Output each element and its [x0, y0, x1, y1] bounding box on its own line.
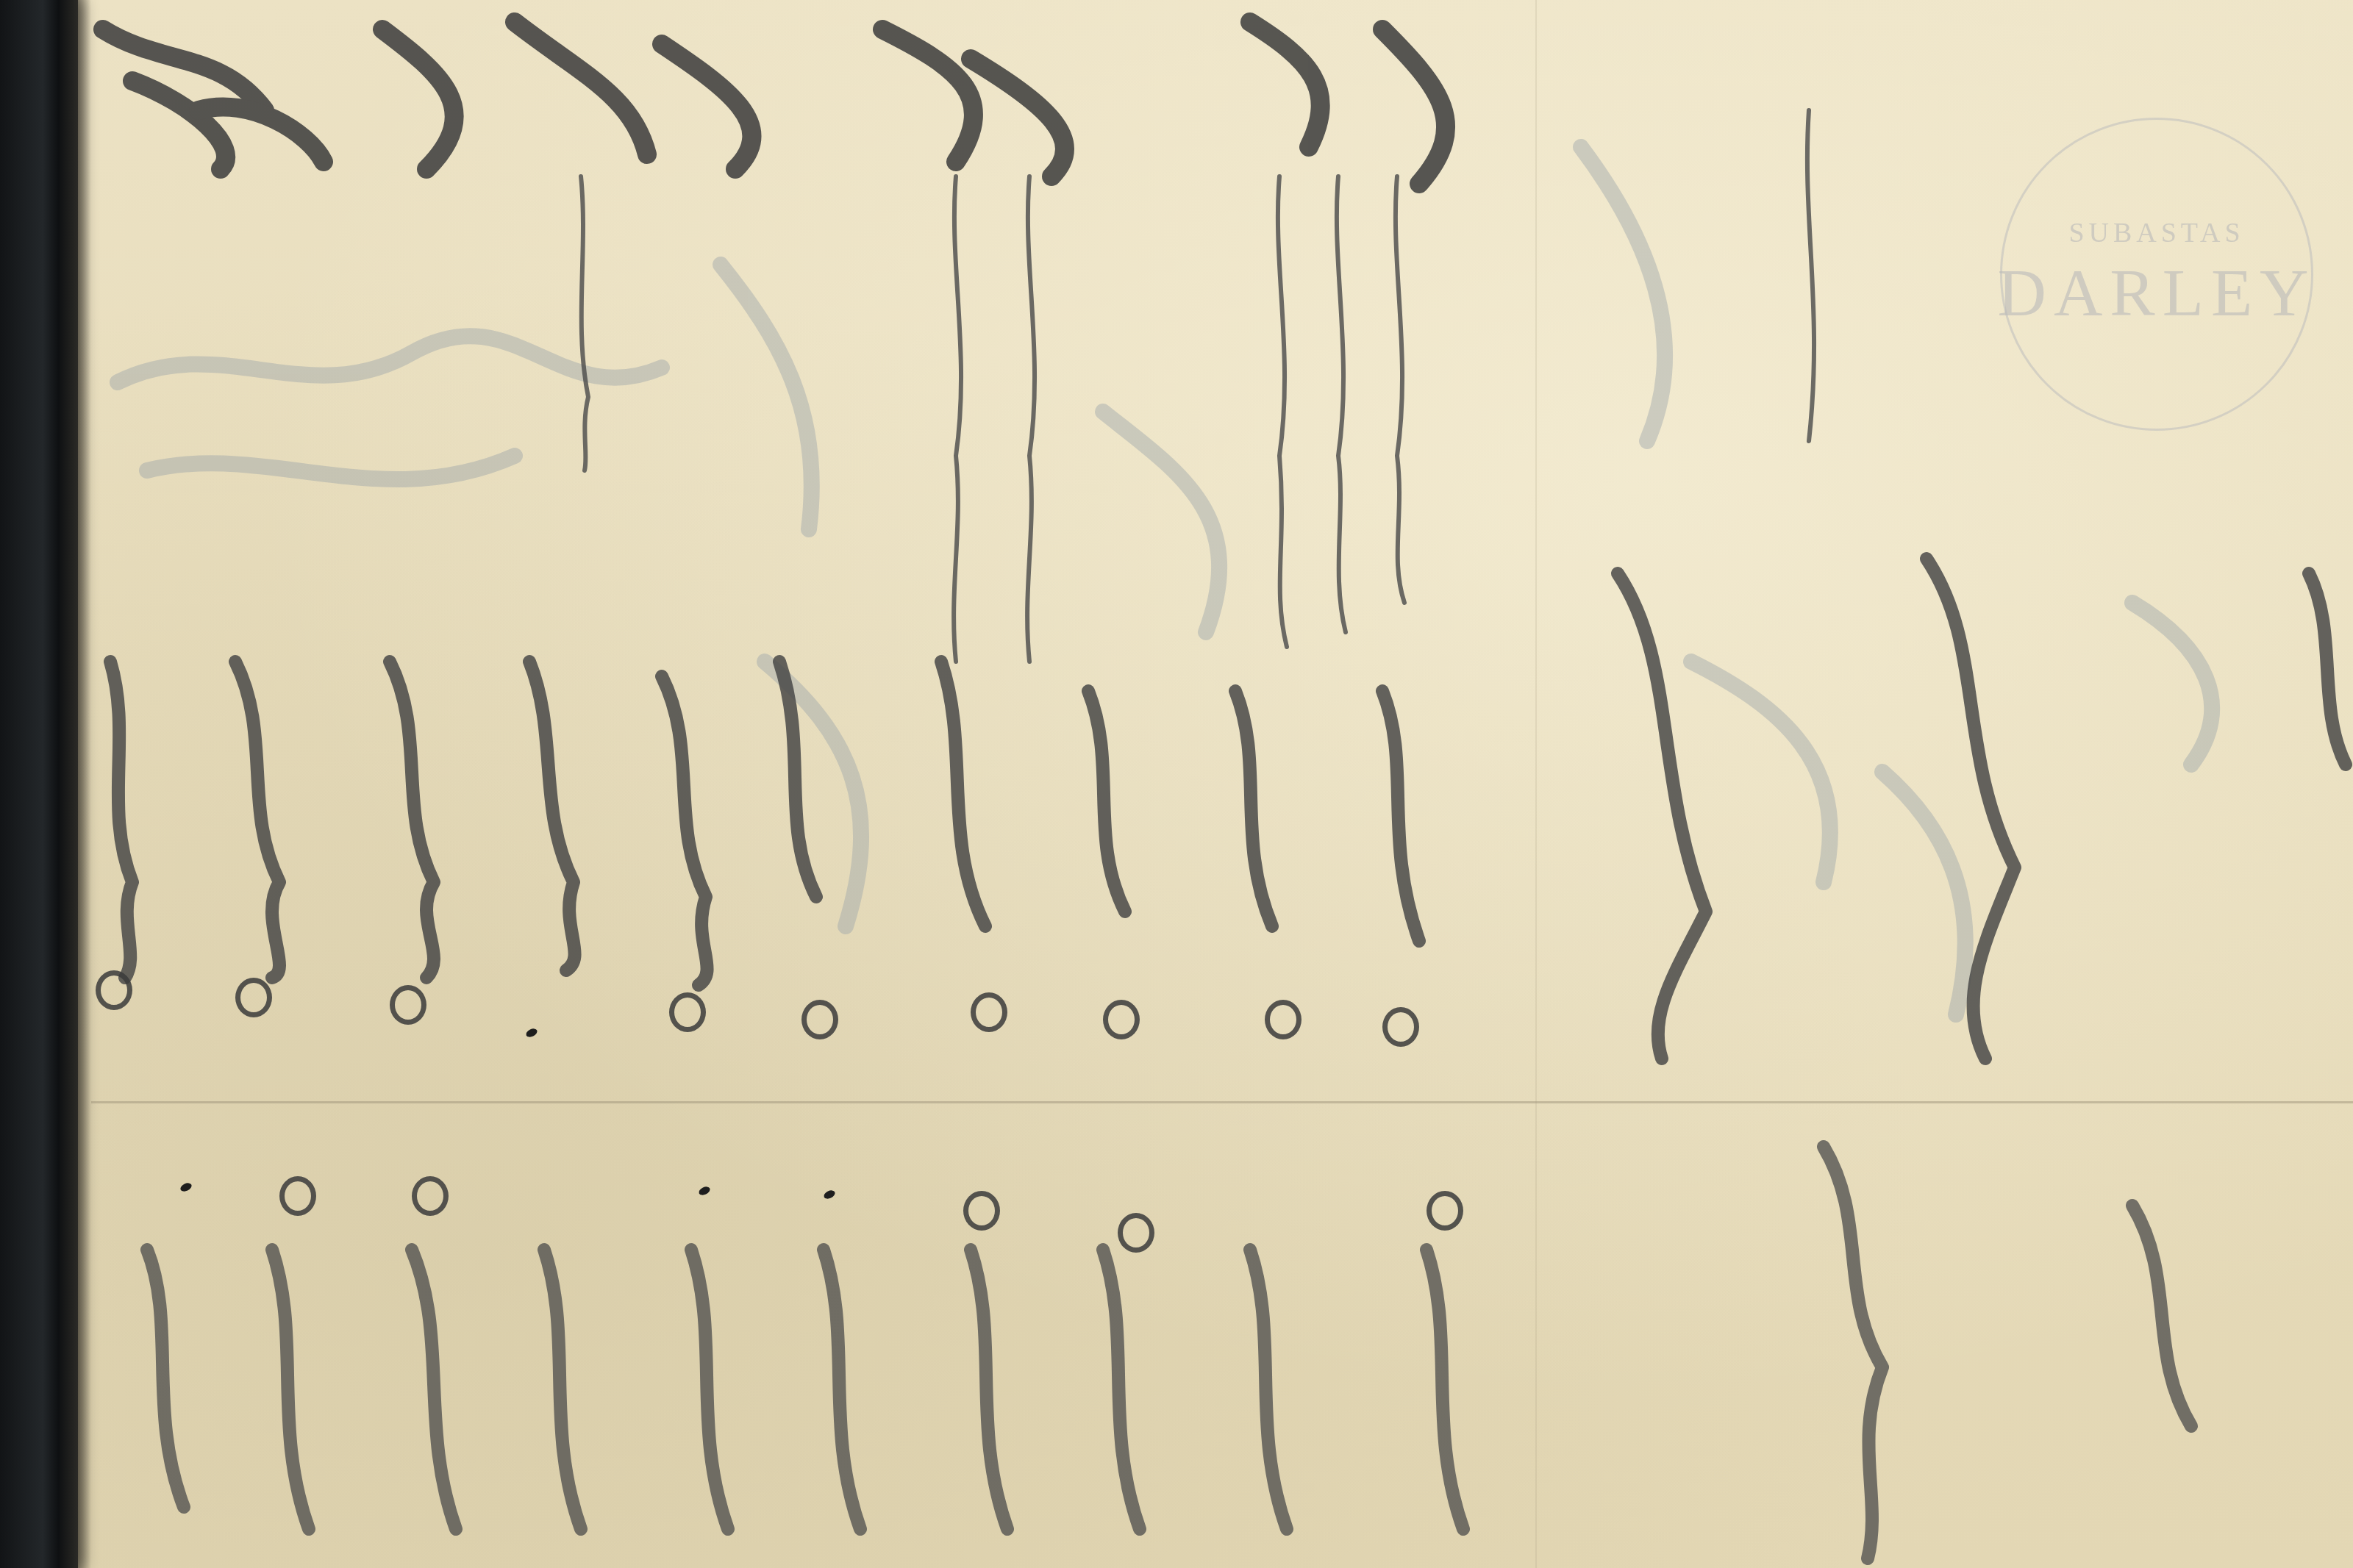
- circle-marker-icon: [1265, 1000, 1302, 1039]
- circle-marker-icon: [1382, 1007, 1419, 1047]
- circle-marker-icon: [390, 985, 426, 1025]
- horizontal-fold-line: [91, 1101, 2353, 1103]
- circle-marker-icon: [96, 970, 132, 1010]
- circle-marker-icon: [412, 1176, 449, 1216]
- circle-marker-icon: [1118, 1213, 1154, 1253]
- vertical-fold-line: [1535, 0, 1537, 1568]
- circle-marker-icon: [963, 1191, 1000, 1231]
- watermark-top-text: SUBASTAS: [2068, 217, 2244, 249]
- circle-marker-icon: [669, 992, 706, 1032]
- picture-frame-edge: [0, 0, 78, 1568]
- circle-marker-icon: [971, 992, 1007, 1032]
- auction-watermark-stamp: SUBASTAS DARLEY: [2000, 118, 2313, 431]
- cursive-script-strokes: [0, 0, 2353, 1568]
- watermark-main-text: DARLEY: [1997, 254, 2315, 332]
- circle-marker-icon: [801, 1000, 838, 1039]
- circle-marker-icon: [235, 978, 272, 1017]
- circle-marker-icon: [1427, 1191, 1463, 1231]
- frame-shadow: [78, 0, 91, 1568]
- circle-marker-icon: [279, 1176, 316, 1216]
- circle-marker-icon: [1103, 1000, 1140, 1039]
